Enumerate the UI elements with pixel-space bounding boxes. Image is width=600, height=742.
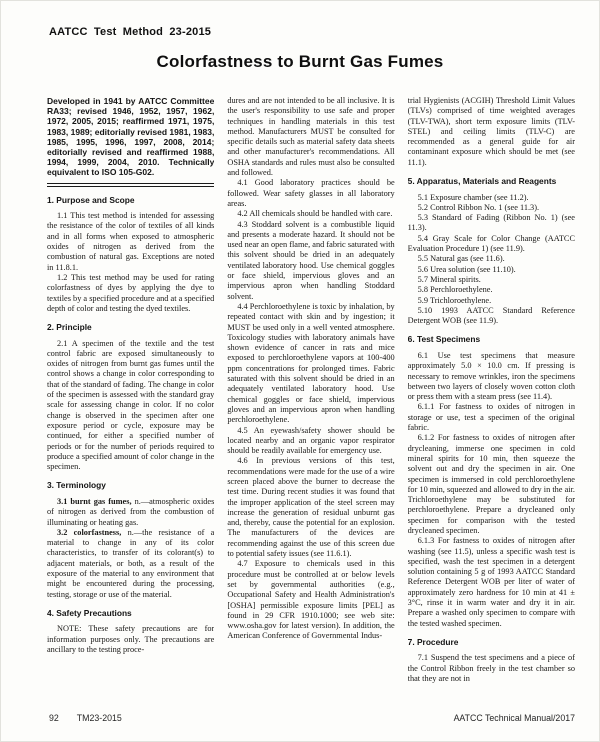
paragraph-6-1-1: 6.1.1 For fastness to oxides of nitrogen… xyxy=(408,402,575,433)
apparatus-item: 5.4 Gray Scale for Color Change (AATCC E… xyxy=(408,234,575,255)
apparatus-item: 5.8 Perchloroethylene. xyxy=(408,285,575,295)
paragraph-1-1: 1.1 This test method is intended for ass… xyxy=(47,211,214,273)
paragraph-4-6: 4.6 In previous versions of this test, r… xyxy=(227,456,394,559)
paragraph-7-1: 7.1 Suspend the test specimens and a pie… xyxy=(408,653,575,684)
apparatus-item: 5.1 Exposure chamber (see 11.2). xyxy=(408,193,575,203)
section-heading-safety: 4. Safety Precautions xyxy=(47,608,214,619)
apparatus-item: 5.2 Control Ribbon No. 1 (see 11.3). xyxy=(408,203,575,213)
column-middle: dures and are not intended to be all inc… xyxy=(227,96,394,706)
paragraph-3-2: 3.2 colorfastness, n.—the resistance of … xyxy=(47,528,214,600)
section-heading-terminology: 3. Terminology xyxy=(47,480,214,491)
paragraph-safety-note: NOTE: These safety precautions are for i… xyxy=(47,624,214,655)
column-right: trial Hygienists (ACGIH) Threshold Limit… xyxy=(408,96,575,706)
footer-page-number: 92 xyxy=(49,713,59,723)
paragraph-6-1-3: 6.1.3 For fastness to oxides of nitrogen… xyxy=(408,536,575,629)
apparatus-item: 5.6 Urea solution (see 11.10). xyxy=(408,265,575,275)
method-header: AATCC Test Method 23-2015 xyxy=(49,26,211,38)
page-footer: 92 TM23-2015 AATCC Technical Manual/2017 xyxy=(49,713,575,723)
section-heading-principle: 2. Principle xyxy=(47,322,214,333)
document-page: AATCC Test Method 23-2015 Colorfastness … xyxy=(0,0,600,742)
term-text: n.—the resistance of a material to chang… xyxy=(47,528,214,599)
history-block: Developed in 1941 by AATCC Committee RA3… xyxy=(47,96,214,178)
paragraph-4-3: 4.3 Stoddard solvent is a combustible li… xyxy=(227,220,394,302)
apparatus-item: 5.10 1993 AATCC Standard Reference Deter… xyxy=(408,306,575,327)
section-heading-procedure: 7. Procedure xyxy=(408,637,575,648)
doc-title: Colorfastness to Burnt Gas Fumes xyxy=(1,52,599,72)
section-heading-apparatus: 5. Apparatus, Materials and Reagents xyxy=(408,176,575,187)
footer-doc-code: TM23-2015 xyxy=(77,713,122,723)
apparatus-item: 5.5 Natural gas (see 11.6). xyxy=(408,254,575,264)
section-heading-test-specimens: 6. Test Specimens xyxy=(408,334,575,345)
footer-manual-title: AATCC Technical Manual/2017 xyxy=(454,713,575,723)
column-left: Developed in 1941 by AATCC Committee RA3… xyxy=(47,96,214,706)
term-lead-burnt-gas-fumes: 3.1 burnt gas fumes, xyxy=(57,497,132,506)
text-columns: Developed in 1941 by AATCC Committee RA3… xyxy=(47,96,575,706)
paragraph-4-4: 4.4 Perchloroethylene is toxic by inhala… xyxy=(227,302,394,426)
paragraph-4-2: 4.2 All chemicals should be handled with… xyxy=(227,209,394,219)
paragraph-4-1: 4.1 Good laboratory practices should be … xyxy=(227,178,394,209)
apparatus-item: 5.3 Standard of Fading (Ribbon No. 1) (s… xyxy=(408,213,575,234)
section-heading-purpose: 1. Purpose and Scope xyxy=(47,195,214,206)
term-lead-colorfastness: 3.2 colorfastness, xyxy=(57,528,121,537)
paragraph-2-1: 2.1 A specimen of the textile and the te… xyxy=(47,339,214,473)
paragraph-1-2: 1.2 This test method may be used for rat… xyxy=(47,273,214,314)
paragraph-4-5: 4.5 An eyewash/safety shower should be l… xyxy=(227,426,394,457)
paragraph-3-1: 3.1 burnt gas fumes, n.—atmospheric oxid… xyxy=(47,497,214,528)
apparatus-item: 5.7 Mineral spirits. xyxy=(408,275,575,285)
paragraph-4-7-continued: trial Hygienists (ACGIH) Threshold Limit… xyxy=(408,96,575,168)
paragraph-6-1: 6.1 Use test specimens that measure appr… xyxy=(408,351,575,402)
paragraph-6-1-2: 6.1.2 For fastness to oxides of nitrogen… xyxy=(408,433,575,536)
apparatus-item: 5.9 Trichloroethylene. xyxy=(408,296,575,306)
paragraph-4-7: 4.7 Exposure to chemicals used in this p… xyxy=(227,559,394,641)
footer-left: 92 TM23-2015 xyxy=(49,713,122,723)
history-rule xyxy=(47,183,214,187)
paragraph-4-0: dures and are not intended to be all inc… xyxy=(227,96,394,178)
